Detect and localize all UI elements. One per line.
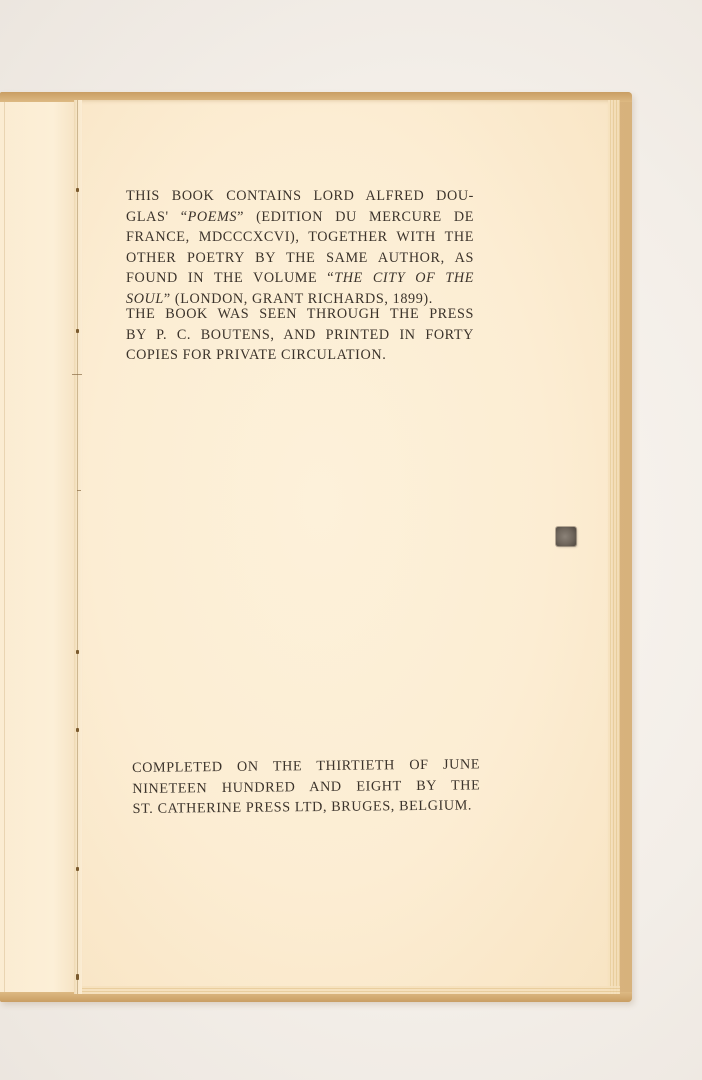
gutter [74, 100, 82, 994]
text-run: FOUND IN THE VOLUME “ [126, 270, 334, 286]
binding-stitch [76, 867, 79, 871]
text-line: ST. CATHERINE PRESS LTD, BRUGES, BELGIUM… [132, 795, 480, 819]
italic-title: THE CITY OF THE [334, 270, 474, 286]
text-run: OTHER POETRY BY THE SAME AUTHOR, AS [126, 250, 474, 266]
text-line: FRANCE, MDCCCXCVI), TOGETHER WITH THE [126, 227, 474, 248]
binding-stitch [76, 650, 79, 654]
text-run: ” (EDITION DU MERCURE DE [237, 209, 474, 225]
text-run: COPIES FOR PRIVATE CIRCULATION. [126, 347, 386, 363]
binding-thread [72, 374, 82, 375]
text-line: OTHER POETRY BY THE SAME AUTHOR, AS [126, 248, 474, 269]
binding-stitch [76, 974, 79, 980]
page-edges-right [608, 100, 620, 994]
text-run: ST. CATHERINE PRESS LTD, BRUGES, BELGIUM… [132, 797, 472, 817]
text-line: FOUND IN THE VOLUME “THE CITY OF THE [126, 268, 474, 289]
colophon-paragraph-press: THE BOOK WAS SEEN THROUGH THE PRESSBY P.… [126, 304, 474, 366]
text-run: THE BOOK WAS SEEN THROUGH THE PRESS [126, 306, 474, 322]
left-page-edge [4, 102, 5, 992]
left-page [0, 102, 76, 992]
text-line: THE BOOK WAS SEEN THROUGH THE PRESS [126, 304, 474, 325]
text-line: COMPLETED ON THE THIRTIETH OF JUNE [132, 754, 480, 778]
colophon-paragraph-completion: COMPLETED ON THE THIRTIETH OF JUNENINETE… [132, 754, 481, 819]
text-run: THIS BOOK CONTAINS LORD ALFRED DOU- [126, 188, 474, 204]
gutter-line [77, 100, 78, 994]
text-run: NINETEEN HUNDRED AND EIGHT BY THE [132, 777, 480, 797]
text-line: THIS BOOK CONTAINS LORD ALFRED DOU- [126, 186, 474, 207]
binding-stitch [76, 728, 79, 732]
page-edges-bottom [80, 986, 620, 994]
text-line: COPIES FOR PRIVATE CIRCULATION. [126, 345, 474, 366]
text-run: BY P. C. BOUTENS, AND PRINTED IN FORTY [126, 327, 474, 343]
italic-title: POEMS [188, 209, 238, 225]
metal-clip-icon [556, 527, 576, 546]
text-run: FRANCE, MDCCCXCVI), TOGETHER WITH THE [126, 229, 474, 245]
text-run: GLAS' “ [126, 209, 188, 225]
text-run: COMPLETED ON THE THIRTIETH OF JUNE [132, 756, 480, 776]
book: THIS BOOK CONTAINS LORD ALFRED DOU-GLAS'… [0, 0, 702, 1080]
binding-thread [77, 490, 81, 491]
text-line: BY P. C. BOUTENS, AND PRINTED IN FORTY [126, 325, 474, 346]
colophon-paragraph-contents: THIS BOOK CONTAINS LORD ALFRED DOU-GLAS'… [126, 186, 474, 309]
text-line: GLAS' “POEMS” (EDITION DU MERCURE DE [126, 207, 474, 228]
binding-stitch [76, 188, 79, 192]
binding-stitch [76, 329, 79, 333]
